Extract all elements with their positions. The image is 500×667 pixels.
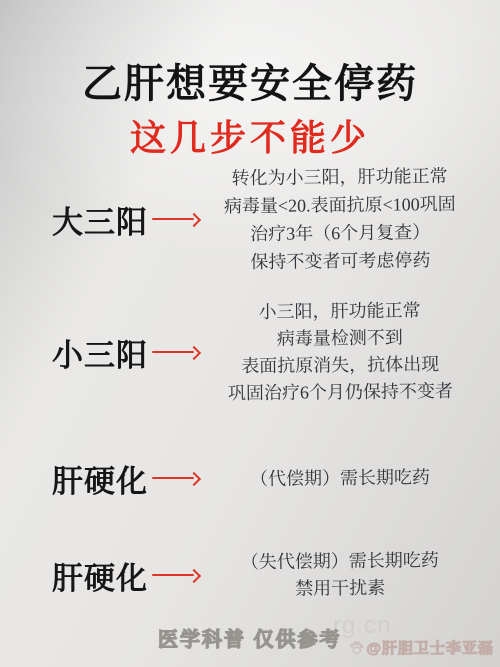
section-label: 肝硬化 bbox=[52, 456, 148, 501]
arrow-right-icon bbox=[152, 346, 200, 358]
arrow-head bbox=[187, 472, 201, 486]
credit-text: @肝胆卫士李亚磊 bbox=[366, 637, 494, 658]
disclaimer-text: 医学科普 仅供参考 bbox=[158, 623, 342, 652]
note-line: 病毒量<20.表面抗原<100巩固 bbox=[202, 190, 478, 221]
arrow-right-icon bbox=[152, 472, 200, 484]
poster-title: 乙肝想要安全停药 bbox=[0, 52, 500, 109]
section-notes: （代偿期）需长期吃药 bbox=[202, 462, 500, 493]
section-notes: 小三阳，肝功能正常 病毒量检测不到 表面抗原消失，抗体出现 巩固治疗6个月仍保持… bbox=[201, 296, 500, 407]
section-big-three-positive: 大三阳 转化为小三阳，肝功能正常 病毒量<20.表面抗原<100巩固 治疗3年（… bbox=[0, 160, 500, 278]
section-cirrhosis-decompensated: 肝硬化 （失代偿期）需长期吃药 禁用干扰素 bbox=[0, 538, 500, 612]
arrow-head bbox=[187, 569, 201, 583]
section-cirrhosis-compensated: 肝硬化 （代偿期）需长期吃药 bbox=[0, 448, 500, 508]
credit-badge: @肝胆卫士李亚磊 bbox=[349, 637, 494, 658]
health-poster: 乙肝想要安全停药 这几步不能少 大三阳 转化为小三阳，肝功能正常 病毒量<20.… bbox=[0, 0, 500, 667]
section-label: 大三阳 bbox=[52, 197, 148, 242]
note-line: （失代偿期）需长期吃药 bbox=[202, 547, 478, 577]
note-line: 表面抗原消失，抗体出现 bbox=[202, 351, 478, 381]
arrow-right-icon bbox=[152, 213, 200, 225]
note-line: 小三阳，肝功能正常 bbox=[201, 297, 477, 327]
note-line: （代偿期）需长期吃药 bbox=[202, 463, 478, 494]
section-label: 小三阳 bbox=[52, 330, 148, 375]
poster-subtitle: 这几步不能少 bbox=[0, 110, 500, 161]
note-line: 巩固治疗6个月仍保持不变者 bbox=[202, 378, 478, 408]
note-line: 禁用干扰素 bbox=[202, 574, 478, 604]
section-small-three-positive: 小三阳 小三阳，肝功能正常 病毒量检测不到 表面抗原消失，抗体出现 巩固治疗6个… bbox=[0, 296, 500, 408]
arrow-head bbox=[187, 346, 201, 360]
section-notes: （失代偿期）需长期吃药 禁用干扰素 bbox=[202, 546, 500, 603]
paw-icon bbox=[349, 640, 364, 655]
note-line: 治疗3年（6个月复查） bbox=[202, 218, 478, 249]
section-notes: 转化为小三阳，肝功能正常 病毒量<20.表面抗原<100巩固 治疗3年（6个月复… bbox=[201, 161, 500, 276]
section-label: 肝硬化 bbox=[52, 553, 148, 598]
note-line: 转化为小三阳，肝功能正常 bbox=[201, 162, 477, 193]
arrow-head bbox=[187, 213, 201, 227]
note-line: 保持不变者可考虑停药 bbox=[202, 246, 478, 277]
note-line: 病毒量检测不到 bbox=[202, 324, 478, 354]
arrow-right-icon bbox=[152, 569, 200, 581]
